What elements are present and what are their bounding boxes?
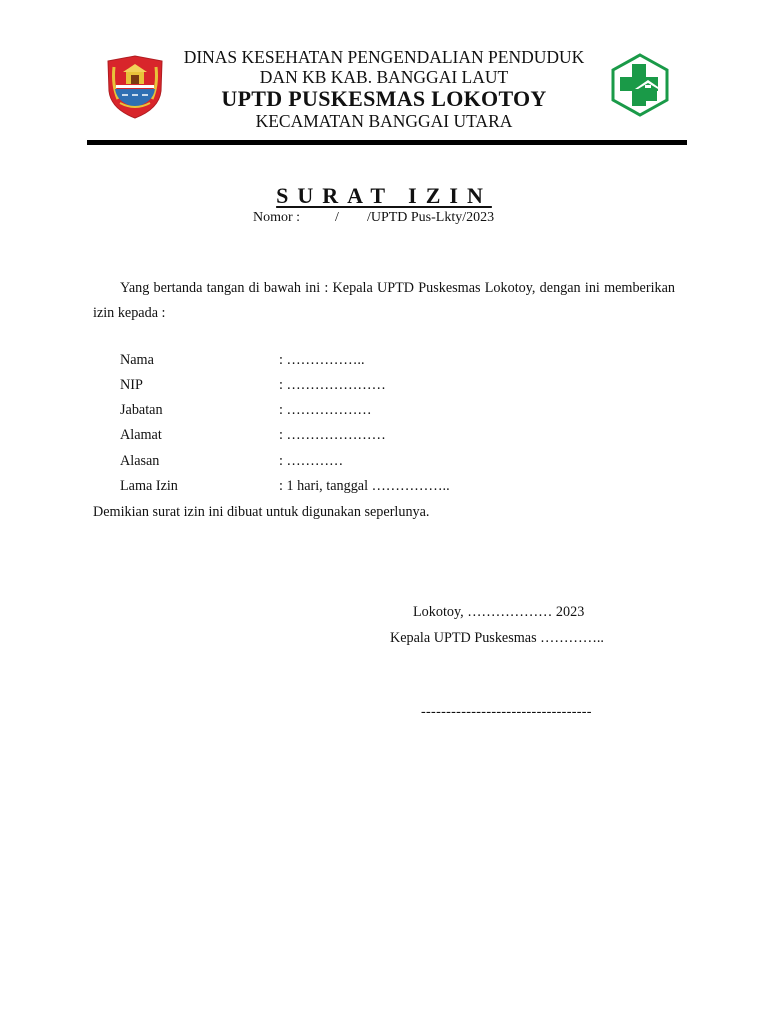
field-label-alamat: Alamat <box>120 427 162 444</box>
letterhead-divider <box>87 140 687 145</box>
field-label-nip: NIP <box>120 377 143 394</box>
field-value-nip: : ………………… <box>279 377 386 394</box>
field-value-lama-izin: : 1 hari, tanggal …………….. <box>279 478 450 495</box>
signature-place-date: Lokotoy, ……………… 2023 <box>413 604 584 621</box>
intro-paragraph: Yang bertanda tangan di bawah ini : Kepa… <box>93 276 675 326</box>
field-value-nama: : …………….. <box>279 352 365 369</box>
field-label-alasan: Alasan <box>120 453 159 470</box>
closing-sentence: Demikian surat izin ini dibuat untuk dig… <box>93 504 429 521</box>
signature-name-line: ---------------------------------- <box>421 704 592 721</box>
puskesmas-logo-icon <box>610 53 670 117</box>
field-label-jabatan: Jabatan <box>120 402 163 419</box>
field-label-nama: Nama <box>120 352 154 369</box>
field-value-alamat: : ………………… <box>279 427 386 444</box>
document-title: SURAT IZIN <box>0 183 768 209</box>
letter-number: Nomor : / /UPTD Pus-Lkty/2023 <box>253 210 494 226</box>
field-value-alasan: : ………… <box>279 453 343 470</box>
field-value-jabatan: : ……………… <box>279 402 372 419</box>
document-page: DINAS KESEHATAN PENGENDALIAN PENDUDUK DA… <box>0 0 768 1024</box>
signature-position: Kepala UPTD Puskesmas ………….. <box>390 630 604 647</box>
field-label-lama-izin: Lama Izin <box>120 478 178 495</box>
